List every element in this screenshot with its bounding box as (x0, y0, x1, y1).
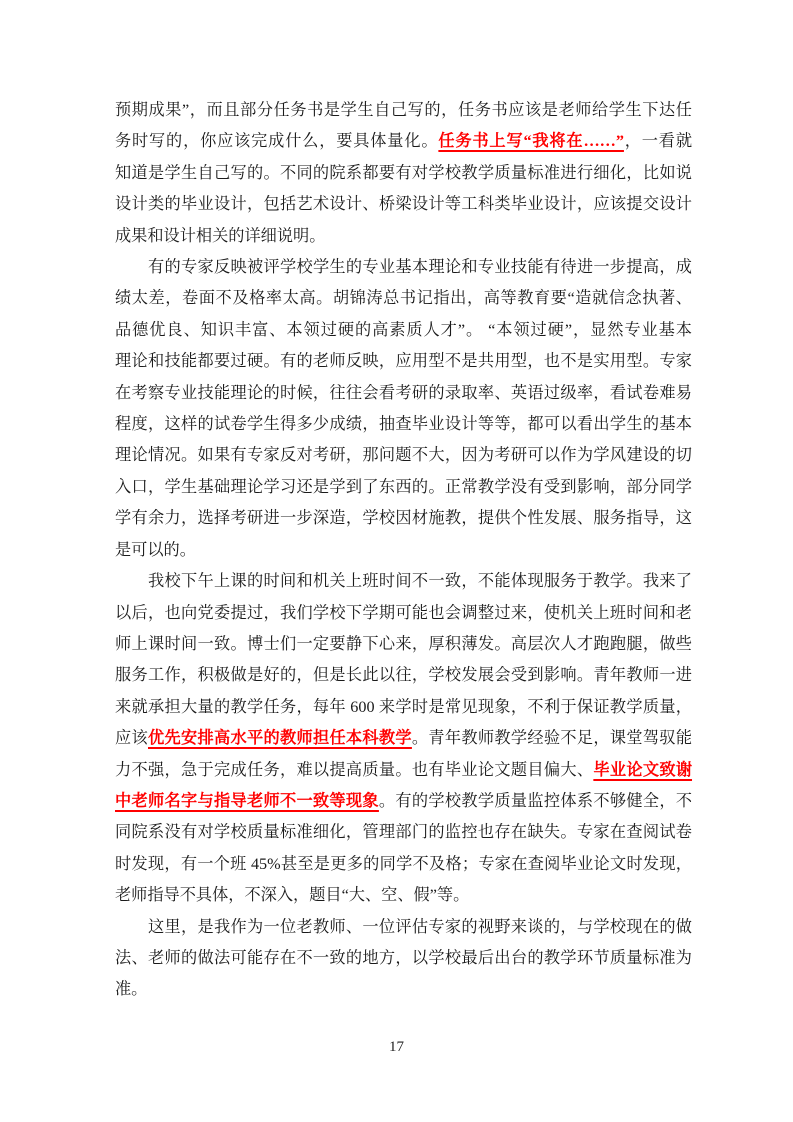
text-line: 师上课时间一致。博士们一定要静下心来，厚积薄发。高层次人才跑跑腿，做些 (115, 629, 692, 660)
text-line: 品德优良、知识丰富、本领过硬的高素质人才”。 “本领过硬”，显然专业基本 (115, 315, 692, 346)
paragraph-3: 我校下午上课的时间和机关上班时间不一致，不能体现服务于教学。我来了以后，也向党委… (115, 566, 692, 911)
body-text: 服务工作，积极做是好的，但是长此以往，学校发展会受到影响。青年教师一进 (115, 666, 692, 684)
text-line: 中老师名字与指导老师不一致等现象。有的学校教学质量监控体系不够健全，不 (115, 786, 692, 817)
body-text: 以后，也向党委提过，我们学校下学期可能也会调整过来，使机关上班时间和老 (115, 604, 692, 622)
text-line: 力不强，急于完成任务，难以提高质量。也有毕业论文题目偏大、毕业论文致谢 (115, 755, 692, 786)
text-line: 以后，也向党委提过，我们学校下学期可能也会调整过来，使机关上班时间和老 (115, 598, 692, 629)
body-text: 入口，学生基础理论学习还是学到了东西的。正常教学没有受到影响，部分同学 (115, 478, 692, 496)
text-line: 务时写的，你应该完成什么，要具体量化。任务书上写“我将在……”，一看就 (115, 126, 692, 157)
text-line: 理论情况。如果有专家反对考研，那问题不大，因为考研可以作为学风建设的切 (115, 440, 692, 471)
text-line: 理论和技能都要过硬。有的老师反映，应用型不是共用型，也不是实用型。专家 (115, 346, 692, 377)
body-text: 时发现，有一个班 45%甚至是更多的同学不及格；专家在查阅毕业论文时发现， (115, 855, 692, 873)
body-text: 设计类的毕业设计，包括艺术设计、桥梁设计等工科类毕业设计，应该提交设计 (115, 195, 692, 213)
text-line: 有的专家反映被评学校学生的专业基本理论和专业技能有待进一步提高，成 (115, 252, 692, 283)
body-text: 。有的学校教学质量监控体系不够健全，不 (379, 792, 692, 810)
body-text: 老师指导不具体，不深入，题目“大、空、假”等。 (115, 886, 469, 904)
body-text: 。青年教师教学经验不足，课堂驾驭能 (412, 729, 692, 747)
text-line: 同院系没有对学校质量标准细化，管理部门的监控也存在缺失。专家在查阅试卷 (115, 817, 692, 848)
text-line: 这里，是我作为一位老教师、一位评估专家的视野来谈的，与学校现在的做 (115, 912, 692, 943)
text-line: 时发现，有一个班 45%甚至是更多的同学不及格；专家在查阅毕业论文时发现， (115, 849, 692, 880)
body-text: 是可以的。 (115, 541, 196, 559)
text-line: 来就承担大量的教学任务，每年 600 来学时是常见现象，不利于保证教学质量， (115, 692, 692, 723)
body-text: 在考察专业技能理论的时候，往往会看考研的录取率、英语过级率，看试卷难易 (115, 384, 692, 402)
body-text: 法、老师的做法可能存在不一致的地方，以学校最后出台的教学环节质量标准为 (115, 949, 692, 967)
page-footer: 17 (0, 1038, 793, 1056)
text-line: 我校下午上课的时间和机关上班时间不一致，不能体现服务于教学。我来了 (115, 566, 692, 597)
highlighted-text: 毕业论文致谢 (593, 761, 692, 779)
body-text: 准。 (115, 980, 147, 998)
body-text: 程度，这样的试卷学生得多少成绩，抽查毕业设计等等，都可以看出学生的基本 (115, 415, 692, 433)
text-line: 准。 (115, 974, 692, 1005)
body-text: 师上课时间一致。博士们一定要静下心来，厚积薄发。高层次人才跑跑腿，做些 (115, 635, 692, 653)
body-text: 知道是学生自己写的。不同的院系都要有对学校教学质量标准进行细化，比如说 (115, 164, 692, 182)
body-text: 务时写的，你应该完成什么，要具体量化。 (115, 132, 438, 150)
paragraph-1: 预期成果”，而且部分任务书是学生自己写的，任务书应该是老师给学生下达任务时写的，… (115, 95, 692, 252)
body-text: 学有余力，选择考研进一步深造，学校因材施教，提供个性发展、服务指导，这 (115, 509, 692, 527)
text-line: 应该优先安排高水平的教师担任本科教学。青年教师教学经验不足，课堂驾驭能 (115, 723, 692, 754)
text-line: 在考察专业技能理论的时候，往往会看考研的录取率、英语过级率，看试卷难易 (115, 378, 692, 409)
body-text: 同院系没有对学校质量标准细化，管理部门的监控也存在缺失。专家在查阅试卷 (115, 823, 692, 841)
body-text: 理论情况。如果有专家反对考研，那问题不大，因为考研可以作为学风建设的切 (115, 446, 692, 464)
body-text: 力不强，急于完成任务，难以提高质量。也有毕业论文题目偏大、 (115, 761, 593, 779)
page-number: 17 (389, 1039, 404, 1055)
text-line: 预期成果”，而且部分任务书是学生自己写的，任务书应该是老师给学生下达任 (115, 95, 692, 126)
body-text: 预期成果”，而且部分任务书是学生自己写的，任务书应该是老师给学生下达任 (115, 101, 692, 119)
paragraph-2: 有的专家反映被评学校学生的专业基本理论和专业技能有待进一步提高，成绩太差，卷面不… (115, 252, 692, 566)
document-page: 预期成果”，而且部分任务书是学生自己写的，任务书应该是老师给学生下达任务时写的，… (0, 0, 793, 1122)
highlighted-text: 任务书上写“我将在……” (438, 132, 624, 150)
body-text: 应该 (115, 729, 148, 747)
text-line: 学有余力，选择考研进一步深造，学校因材施教，提供个性发展、服务指导，这 (115, 503, 692, 534)
body-text: 这里，是我作为一位老教师、一位评估专家的视野来谈的，与学校现在的做 (148, 918, 692, 936)
text-line: 法、老师的做法可能存在不一致的地方，以学校最后出台的教学环节质量标准为 (115, 943, 692, 974)
text-line: 老师指导不具体，不深入，题目“大、空、假”等。 (115, 880, 692, 911)
body-text: 成果和设计相关的详细说明。 (115, 227, 325, 245)
body-text: ，一看就 (624, 132, 692, 150)
body-text: 品德优良、知识丰富、本领过硬的高素质人才”。 “本领过硬”，显然专业基本 (115, 321, 692, 339)
paragraph-4: 这里，是我作为一位老教师、一位评估专家的视野来谈的，与学校现在的做法、老师的做法… (115, 912, 692, 1006)
text-line: 设计类的毕业设计，包括艺术设计、桥梁设计等工科类毕业设计，应该提交设计 (115, 189, 692, 220)
body-text: 有的专家反映被评学校学生的专业基本理论和专业技能有待进一步提高，成 (148, 258, 692, 276)
text-line: 入口，学生基础理论学习还是学到了东西的。正常教学没有受到影响，部分同学 (115, 472, 692, 503)
text-line: 知道是学生自己写的。不同的院系都要有对学校教学质量标准进行细化，比如说 (115, 158, 692, 189)
text-line: 程度，这样的试卷学生得多少成绩，抽查毕业设计等等，都可以看出学生的基本 (115, 409, 692, 440)
text-line: 成果和设计相关的详细说明。 (115, 221, 692, 252)
text-line: 服务工作，积极做是好的，但是长此以往，学校发展会受到影响。青年教师一进 (115, 660, 692, 691)
text-line: 是可以的。 (115, 535, 692, 566)
highlighted-text: 优先安排高水平的教师担任本科教学 (148, 729, 412, 747)
highlighted-text: 中老师名字与指导老师不一致等现象 (115, 792, 379, 810)
document-body: 预期成果”，而且部分任务书是学生自己写的，任务书应该是老师给学生下达任务时写的，… (115, 95, 692, 1006)
body-text: 绩太差，卷面不及格率太高。胡锦涛总书记指出，高等教育要“造就信念执著、 (115, 289, 692, 307)
body-text: 我校下午上课的时间和机关上班时间不一致，不能体现服务于教学。我来了 (148, 572, 692, 590)
text-line: 绩太差，卷面不及格率太高。胡锦涛总书记指出，高等教育要“造就信念执著、 (115, 283, 692, 314)
body-text: 来就承担大量的教学任务，每年 600 来学时是常见现象，不利于保证教学质量， (115, 698, 692, 716)
body-text: 理论和技能都要过硬。有的老师反映，应用型不是共用型，也不是实用型。专家 (115, 352, 692, 370)
